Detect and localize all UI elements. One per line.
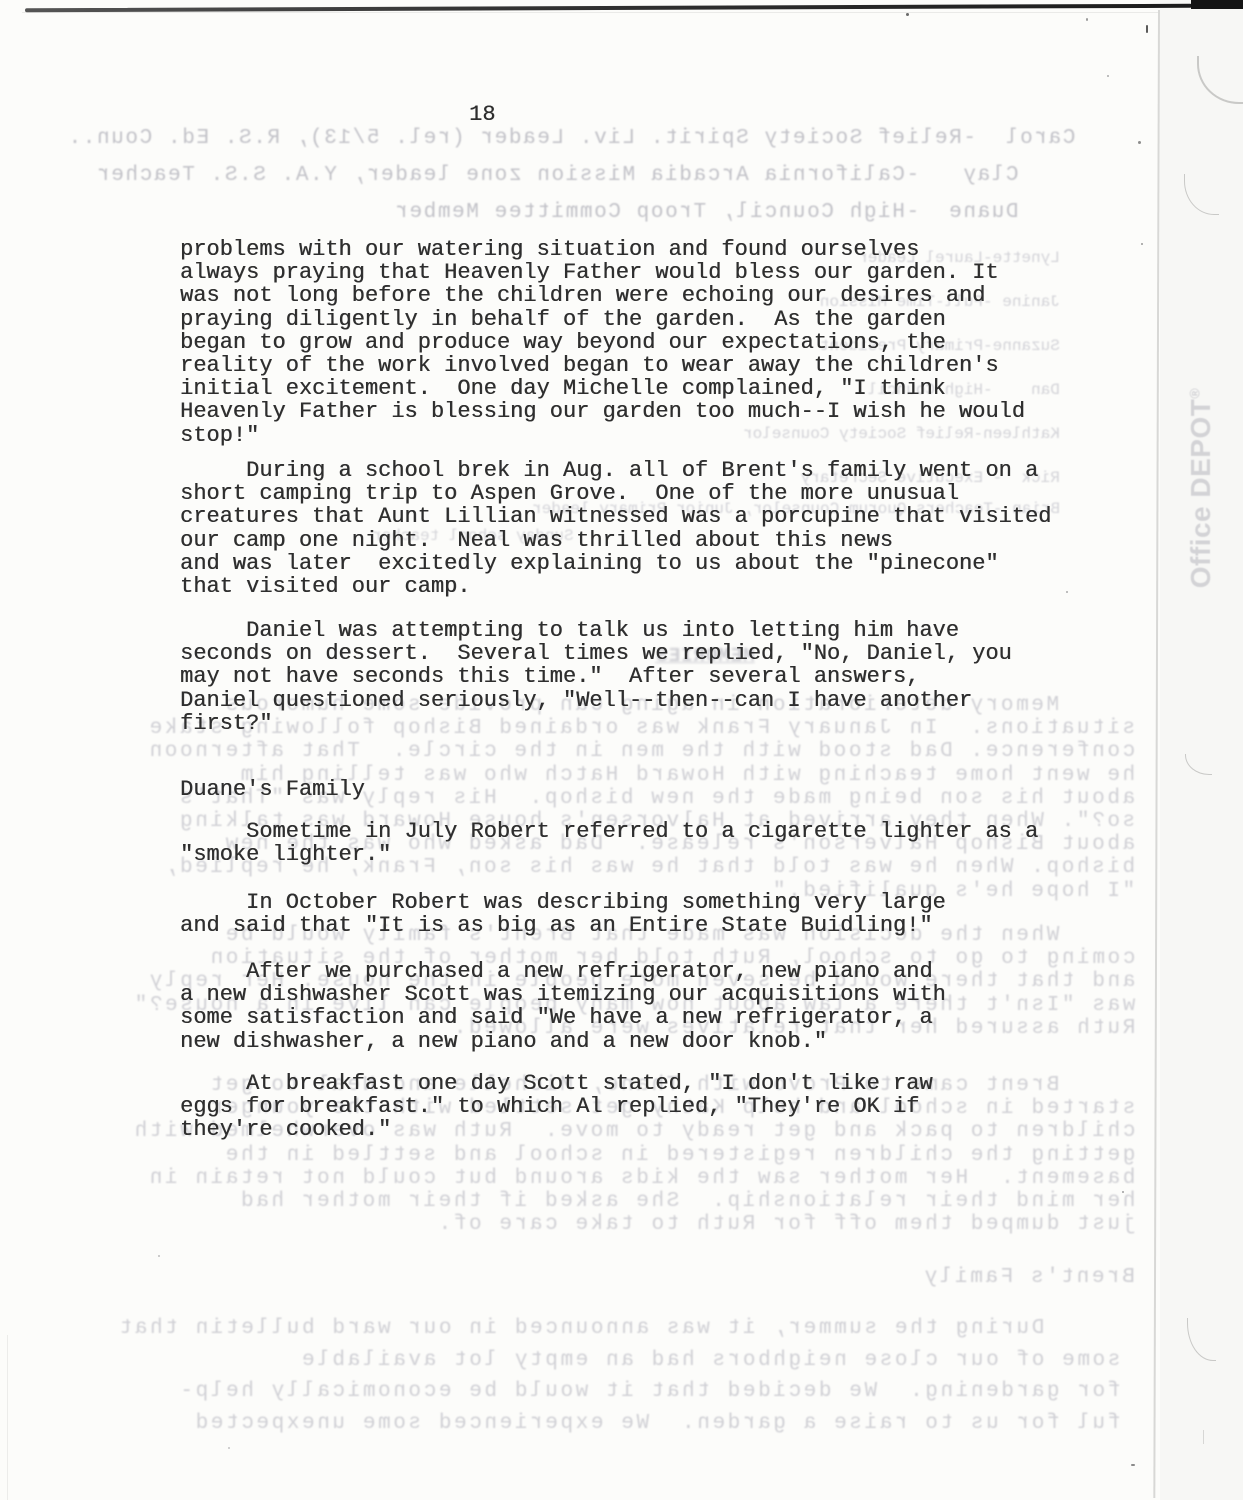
paragraph-garden-prayers: problems with our watering situation and… [180, 238, 1025, 447]
scan-top-edge-shadow [25, 4, 1192, 12]
bleedthrough-paragraph-garden: During the summer, it was announced in o… [117, 1313, 1120, 1439]
dust-speck [906, 13, 909, 16]
dust-speck [1203, 1430, 1204, 1444]
paragraph-camping-trip: During a school brek in Aug. all of Bren… [180, 459, 1051, 598]
dust-speck [1066, 591, 1068, 593]
paragraph-daniel-dessert: Daniel was attempting to talk us into le… [180, 619, 1012, 735]
page-number: 18 [469, 103, 495, 126]
paragraph-raw-eggs: At breakfast one day Scott stated, "I do… [180, 1072, 933, 1142]
paragraph-smoke-lighter: Sometime in July Robert referred to a ci… [180, 820, 1038, 866]
dust-speck [1141, 243, 1143, 245]
dust-speck [228, 1447, 230, 1449]
dust-speck [1122, 1191, 1124, 1193]
scan-corner-shadow [1191, 0, 1243, 9]
page-top-edge-line [22, 12, 1160, 13]
dust-speck [1131, 1464, 1135, 1466]
watermark-brand-text: Office DEPOT [1185, 399, 1216, 589]
dust-speck [158, 1255, 160, 1257]
paragraph-new-appliances: After we purchased a new refrigerator, n… [180, 960, 946, 1053]
dust-speck [560, 253, 562, 255]
scan-right-strip [1160, 0, 1243, 1500]
dust-speck [1107, 75, 1109, 77]
dust-speck [1086, 18, 1088, 21]
office-depot-watermark: Office DEPOT® [1185, 385, 1215, 591]
dust-speck [1138, 141, 1141, 144]
dust-speck [1146, 25, 1148, 33]
paragraph-entire-state-building: In October Robert was describing somethi… [180, 891, 946, 937]
registered-trademark-icon: ® [1187, 388, 1203, 399]
section-heading-duanes-family: Duane's Family [180, 778, 365, 801]
scanned-page: Office DEPOT® Carol -Relief Society Spir… [0, 0, 1243, 1500]
bleedthrough-roster-top: Carol -Relief Society Spirit. Liv. Leade… [67, 120, 1075, 231]
bleedthrough-brents-family-heading: Brent's Family [922, 1266, 1135, 1289]
page-right-edge-line [1153, 10, 1160, 1498]
page-left-edge-line [7, 1335, 8, 1500]
